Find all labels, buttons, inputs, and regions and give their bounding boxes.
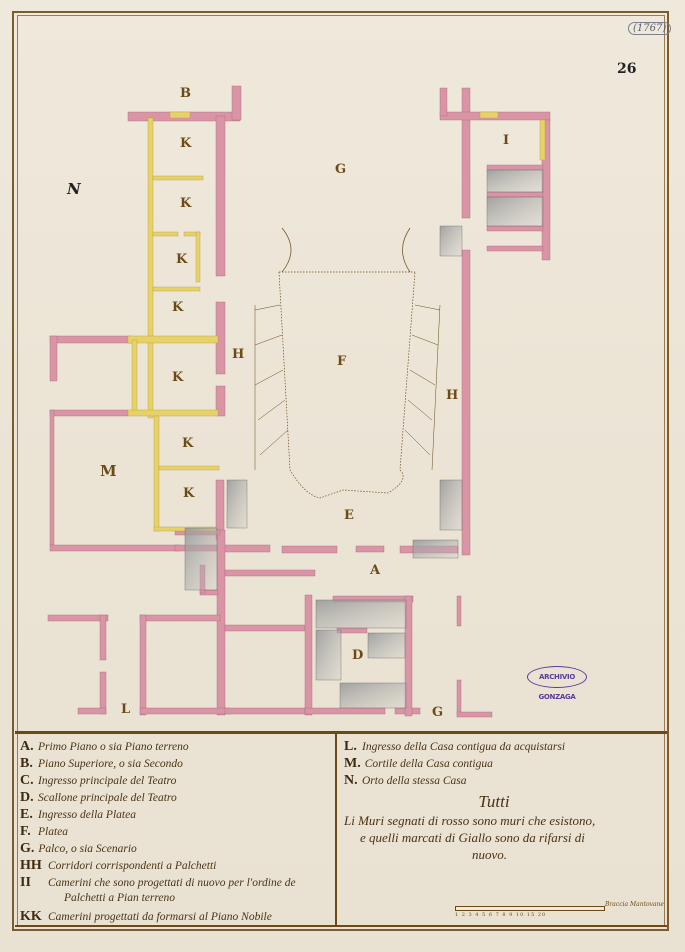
label-K3: K [176, 252, 187, 267]
label-K1: K [180, 136, 191, 151]
archive-stamp: ARCHIVIO GONZAGA [527, 666, 587, 688]
legend-entry-HH: HHCorridori corrispondenti a Palchetti [20, 858, 296, 875]
label-K6: K [182, 436, 193, 451]
legend-note-title: Tutti [344, 792, 644, 812]
label-G-top: G [335, 162, 346, 177]
label-K5: K [172, 370, 183, 385]
legend-entry-II: IICamerini che sono progettati di nuovo … [20, 875, 296, 892]
legend-entry-M: M.Cortile della Casa contigua [344, 756, 644, 773]
label-B: B [180, 86, 191, 101]
label-L: L [121, 702, 130, 717]
legend-entry-B: B.Piano Superiore, o sia Secondo [20, 756, 296, 773]
legend-entry-II-continued: Palchetti a Pian terreno [20, 892, 296, 909]
legend-entry-L: L.Ingresso della Casa contigua da acquis… [344, 739, 644, 756]
legend-note-line-2: e quelli marcati di Giallo sono da rifar… [344, 829, 644, 846]
legend-entry-N: N.Orto della stessa Casa [344, 773, 644, 790]
label-N: N [67, 180, 81, 198]
label-G-bottom: G [432, 705, 443, 720]
scale-ticks: 1 2 3 4 5 6 7 8 9 10 15 20 [455, 912, 546, 918]
label-I: I [503, 133, 509, 148]
label-A: A [370, 563, 380, 578]
legend-entry-F: F.Platea [20, 824, 296, 841]
legend-right-column: L.Ingresso della Casa contigua da acquis… [344, 739, 644, 863]
label-M: M [100, 462, 117, 480]
label-E: E [344, 508, 354, 523]
label-F: F [337, 354, 346, 369]
legend-entry-G: G.Palco, o sia Scenario [20, 841, 296, 858]
legend-note-line-3: nuovo. [344, 846, 644, 863]
legend-note-line-1: Li Muri segnati di rosso sono muri che e… [344, 812, 644, 829]
legend-left-column: A.Primo Piano o sia Piano terreno B.Pian… [20, 739, 296, 926]
label-H-left: H [232, 347, 244, 362]
legend-entry-A: A.Primo Piano o sia Piano terreno [20, 739, 296, 756]
label-D: D [352, 648, 363, 663]
scale-bar-line [455, 906, 605, 911]
legend-entry-D: D.Scallone principale del Teatro [20, 790, 296, 807]
scale-label: Braccia Mantovane [605, 901, 664, 908]
legend-divider [335, 731, 337, 925]
legend-entry-KK: KKCamerini progettati da formarsi al Pia… [20, 909, 296, 926]
legend-entry-E: E.Ingresso della Platea [20, 807, 296, 824]
plan-sheet: (1767) 26 [0, 0, 685, 952]
legend-entry-C: C.Ingresso principale del Teatro [20, 773, 296, 790]
label-K7: K [183, 486, 194, 501]
label-H-right: H [446, 388, 458, 403]
label-K2: K [180, 196, 191, 211]
label-K4: K [172, 300, 183, 315]
